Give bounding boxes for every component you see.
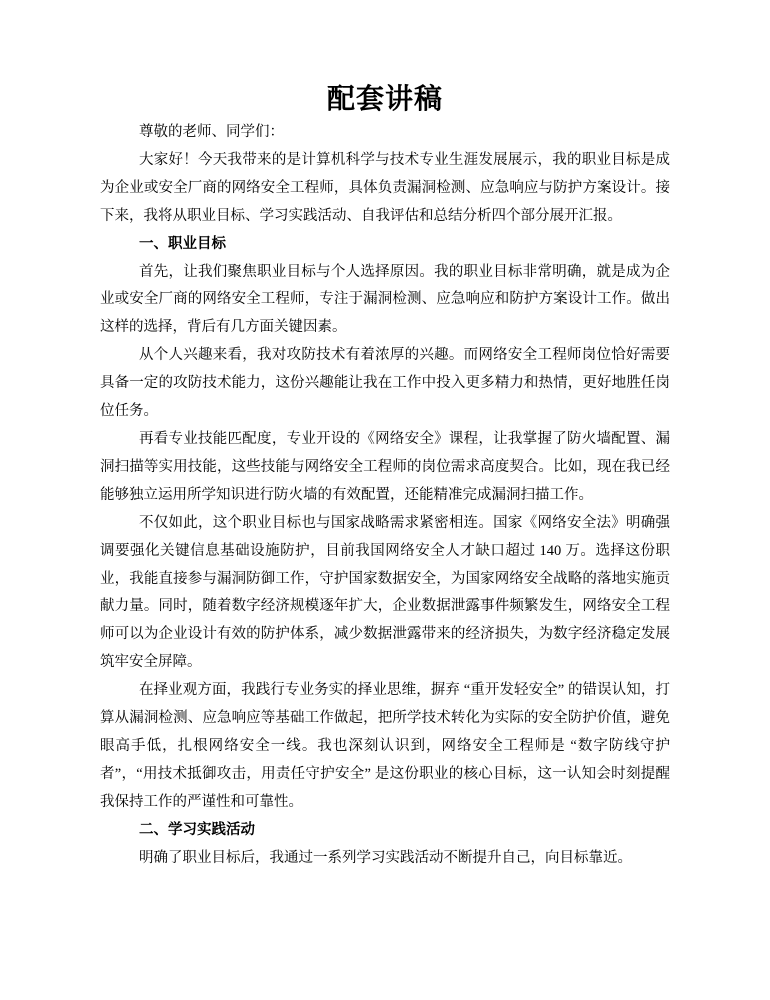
paragraph: 首先，让我们聚焦职业目标与个人选择原因。我的职业目标非常明确，就是成为企业或安全…: [100, 259, 670, 343]
paragraph: 从个人兴趣来看，我对攻防技术有着浓厚的兴趣。而网络安全工程师岗位恰好需要具备一定…: [100, 342, 670, 426]
document-title: 配套讲稿: [0, 83, 770, 117]
document-page: 配套讲稿 尊敬的老师、同学们：大家好！今天我带来的是计算机科学与技术专业生涯发展…: [0, 0, 770, 1000]
section-heading: 一、职业目标: [100, 231, 670, 259]
document-body: 尊敬的老师、同学们：大家好！今天我带来的是计算机科学与技术专业生涯发展展示，我的…: [100, 119, 670, 872]
paragraph: 尊敬的老师、同学们：: [100, 119, 670, 147]
paragraph: 不仅如此，这个职业目标也与国家战略需求紧密相连。国家《网络安全法》明确强调要强化…: [100, 510, 670, 677]
paragraph: 明确了职业目标后，我通过一系列学习实践活动不断提升自己，向目标靠近。: [100, 845, 670, 873]
paragraph: 在择业观方面，我践行专业务实的择业思维，摒弃 “重开发轻安全” 的错误认知，打算…: [100, 677, 670, 817]
paragraph: 再看专业技能匹配度，专业开设的《网络安全》课程，让我掌握了防火墙配置、漏洞扫描等…: [100, 426, 670, 510]
paragraph: 大家好！今天我带来的是计算机科学与技术专业生涯发展展示，我的职业目标是成为企业或…: [100, 147, 670, 231]
section-heading: 二、学习实践活动: [100, 817, 670, 845]
